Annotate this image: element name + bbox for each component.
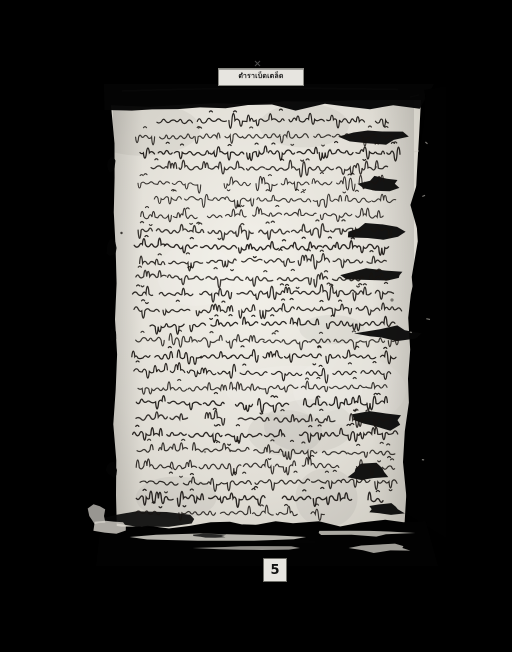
caption-text: ตำราเบ็ดเตล็ด	[238, 73, 283, 81]
caption-strip: ตำราเบ็ดเตล็ด	[218, 68, 304, 86]
manuscript-photo	[0, 0, 512, 652]
scanned-photo: ตำราเบ็ดเตล็ด 5	[0, 0, 512, 652]
registration-mark	[255, 61, 260, 66]
page-number-text: 5	[270, 563, 279, 578]
page-number-tag: 5	[263, 558, 287, 582]
